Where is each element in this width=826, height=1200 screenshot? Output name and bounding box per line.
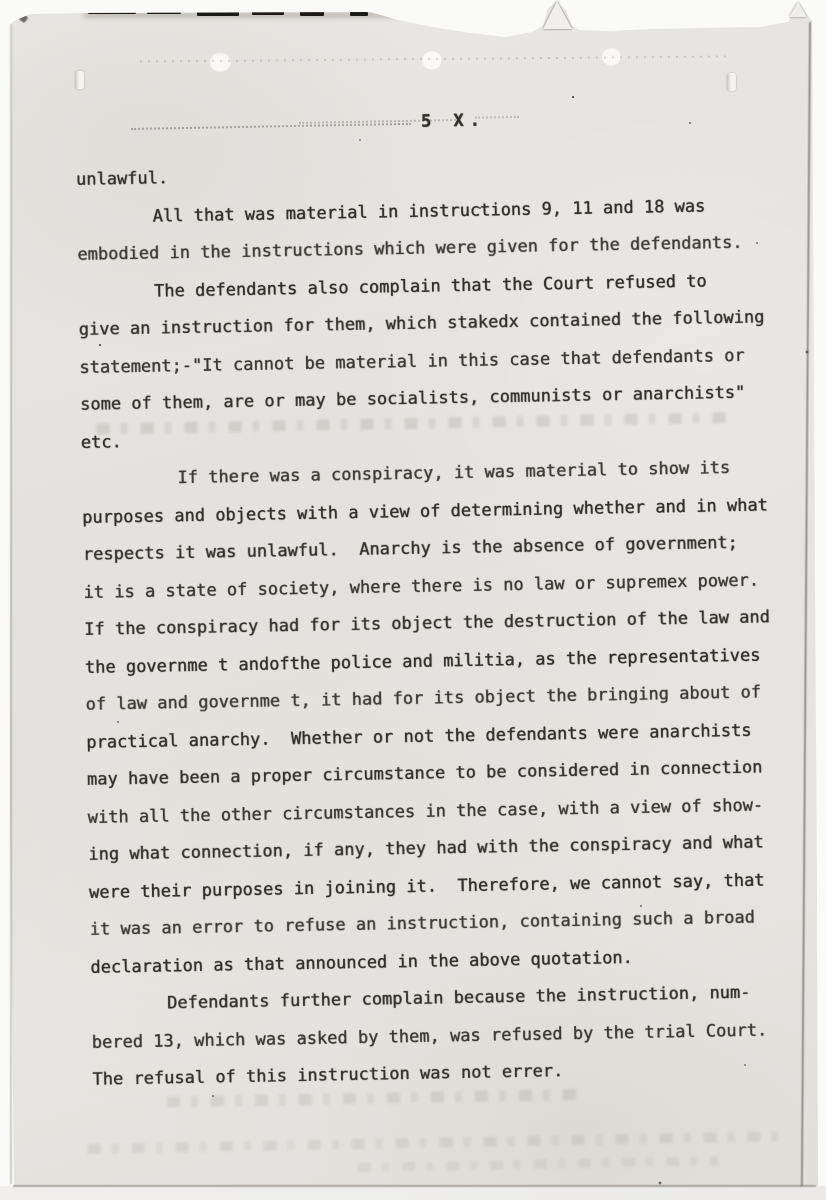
dotted-rule bbox=[131, 123, 411, 130]
under-sheet-edge bbox=[0, 1186, 826, 1200]
torn-edge-flap bbox=[543, 1, 572, 29]
page-number: 5 X. bbox=[421, 110, 486, 131]
typewritten-content: 5 X. unlawful. All that was material in … bbox=[0, 0, 826, 1200]
torn-corner-flap bbox=[789, 2, 807, 17]
document-page: 5 X. unlawful. All that was material in … bbox=[0, 0, 826, 1200]
bleed-through-text bbox=[358, 1156, 718, 1172]
bleed-through-text bbox=[88, 1131, 788, 1154]
paper-bottom-edge bbox=[13, 1185, 816, 1187]
document-body: unlawful. All that was material in instr… bbox=[0, 148, 826, 1100]
paper-left-edge bbox=[10, 24, 12, 1184]
